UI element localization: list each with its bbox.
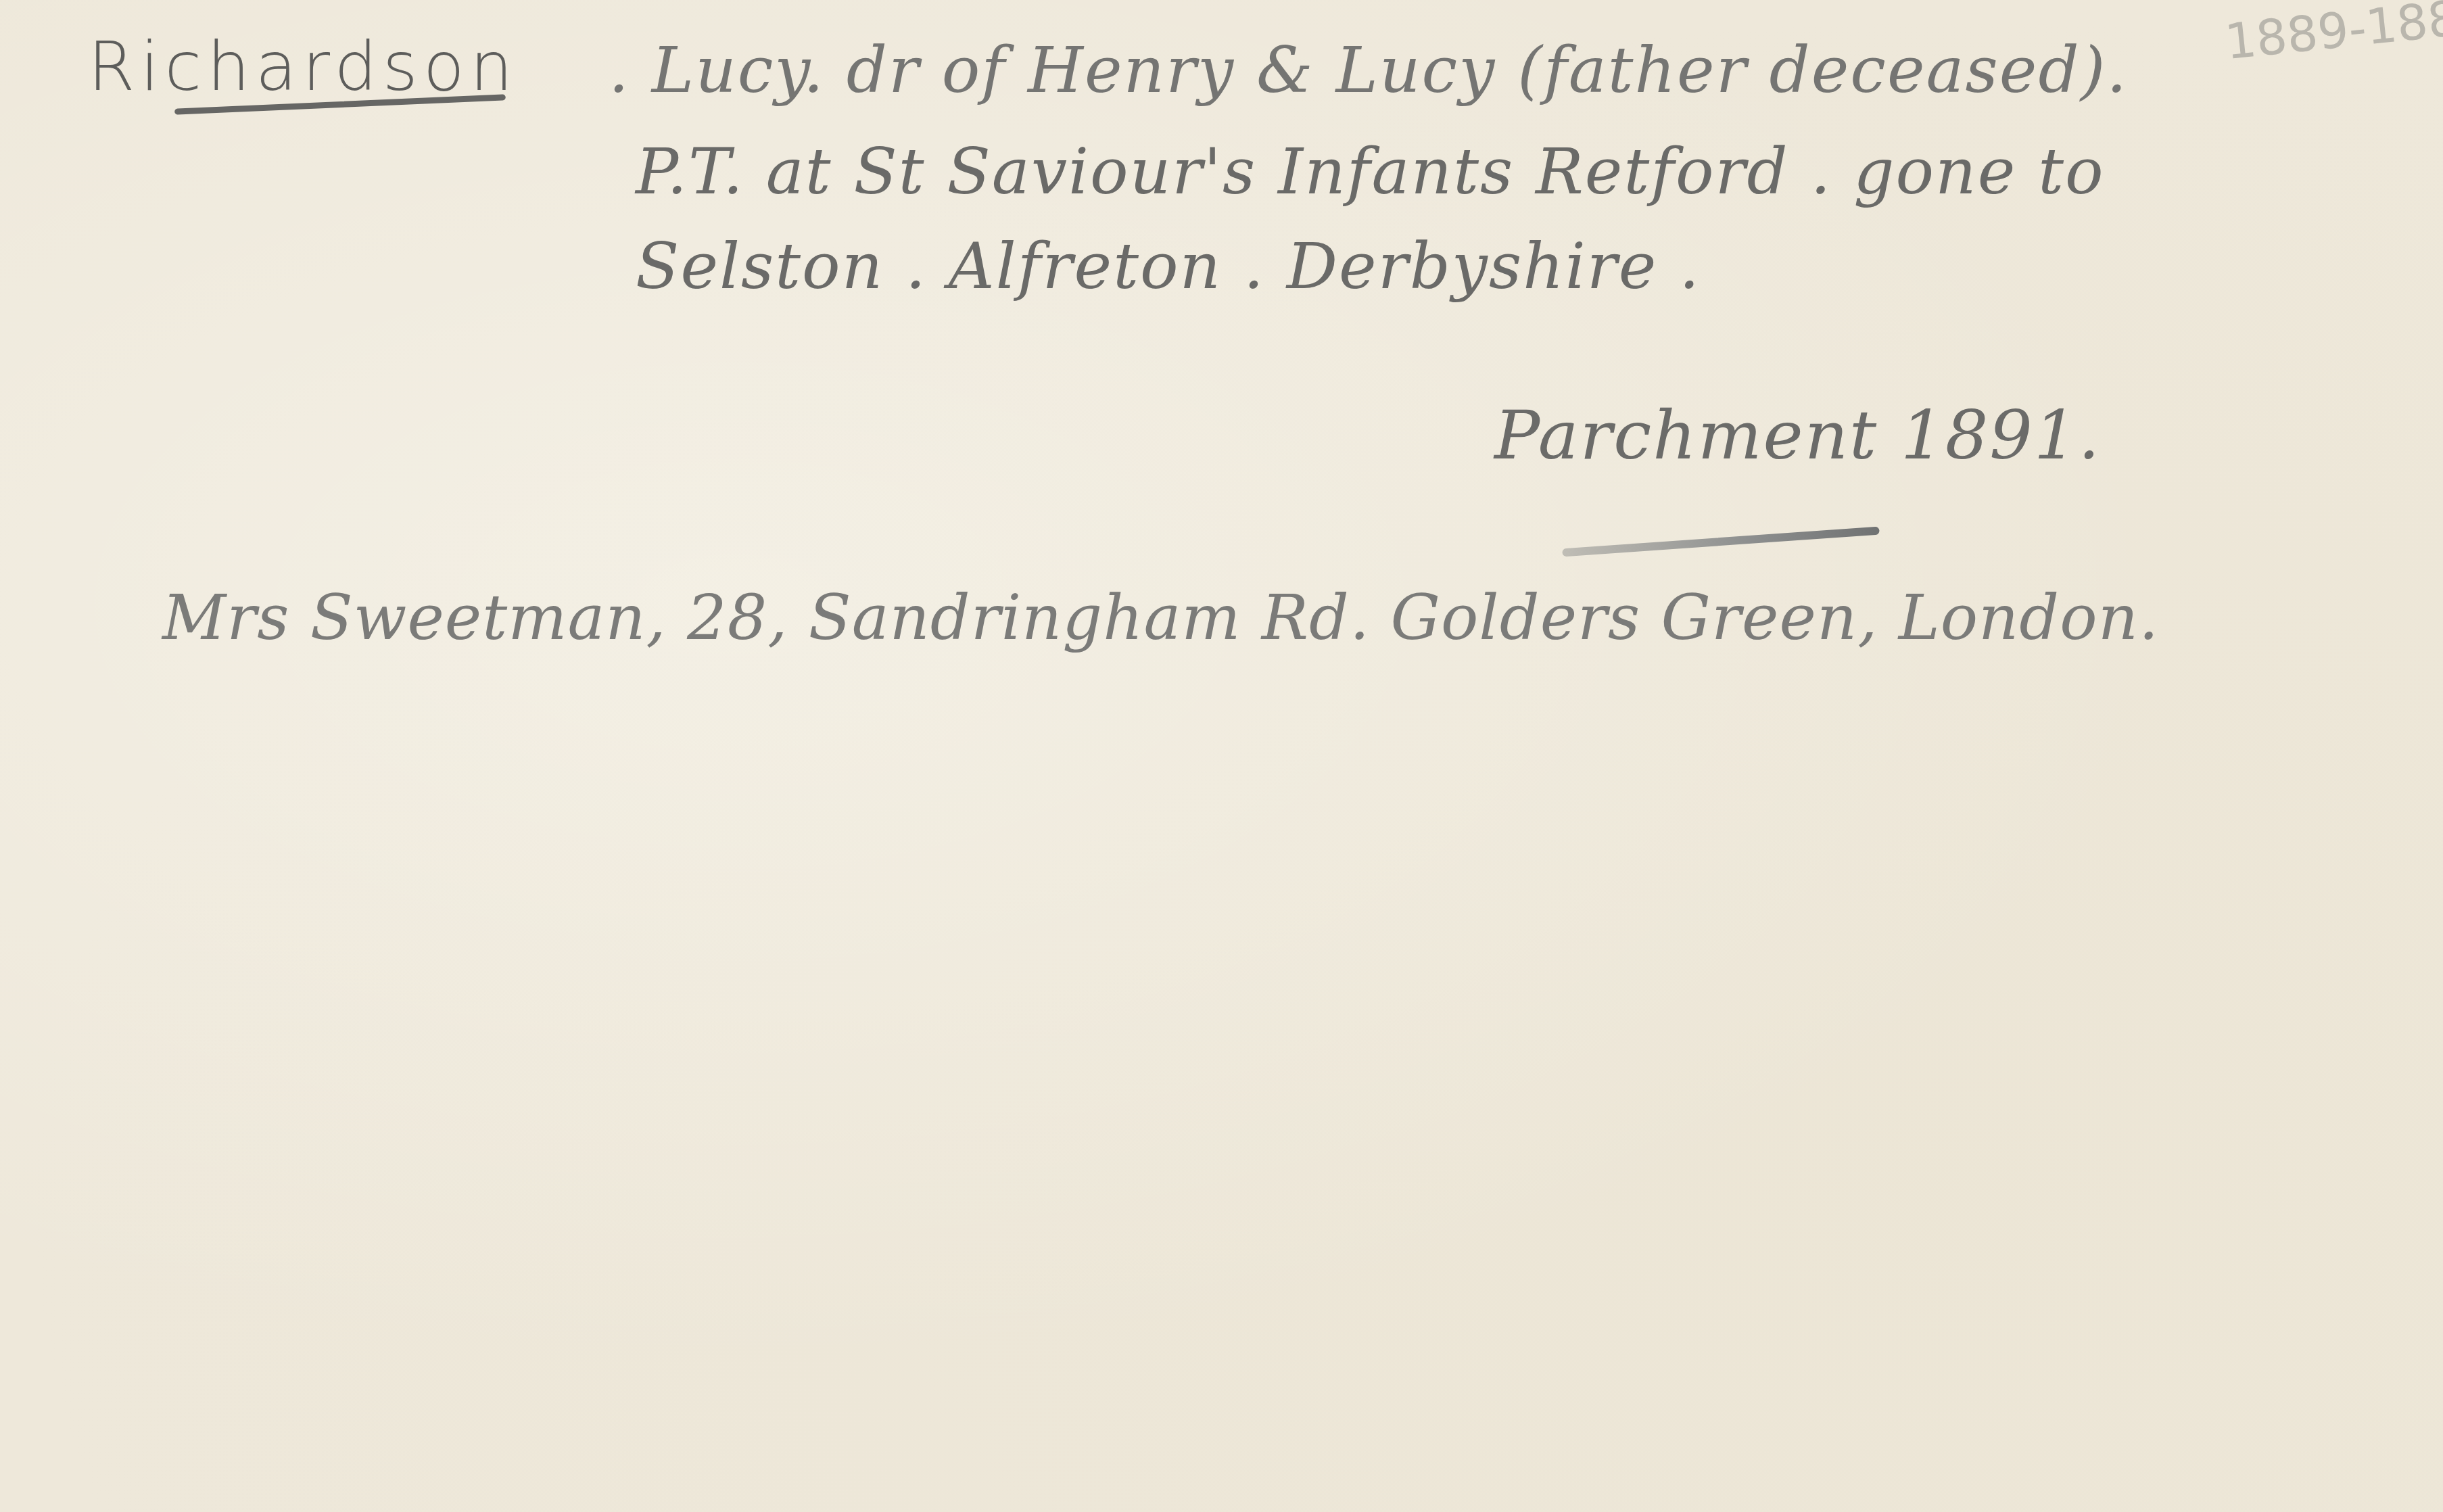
index-card: 1889-1888 Richardson . Lucy. dr of Henry… — [0, 0, 2443, 1512]
address-line: Mrs Sweetman, 28, Sandringham Rd. Golder… — [162, 582, 2159, 654]
entry-line-given-name-parents: . Lucy. dr of Henry & Lucy (father decea… — [609, 34, 2128, 108]
surname-heading: Richardson — [88, 27, 518, 106]
entry-line-school: P.T. at St Saviour's Infants Retford . g… — [636, 135, 2105, 209]
parchment-note: Parchment 1891. — [1494, 396, 2101, 475]
ink-stroke-mark — [1562, 527, 1880, 557]
pencil-date-annotation: 1889-1888 — [2223, 0, 2443, 70]
entry-line-destination: Selston . Alfreton . Derbyshire . — [636, 230, 1701, 304]
